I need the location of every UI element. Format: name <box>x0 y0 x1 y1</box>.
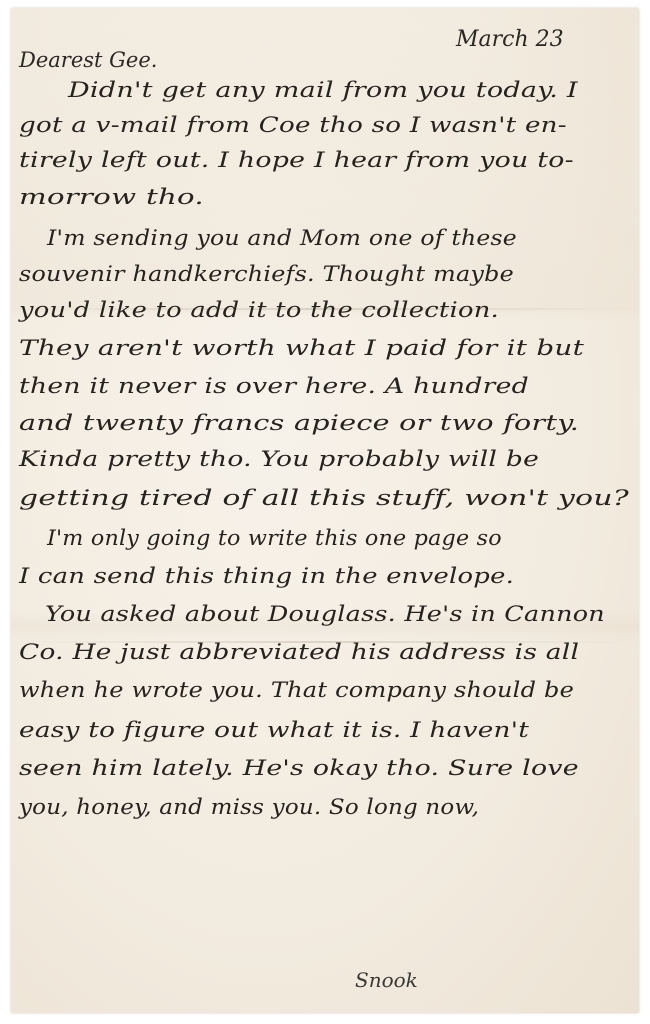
letter-line: you'd like to add it to the collection. <box>19 298 499 322</box>
letter-line: getting tired of all this stuff, won't y… <box>19 486 629 510</box>
letter-line: seen him lately. He's okay tho. Sure lov… <box>19 756 579 780</box>
letter-line: They aren't worth what I paid for it but <box>19 336 584 360</box>
letter-line: I'm only going to write this one page so <box>47 526 502 550</box>
letter-line: I'm sending you and Mom one of these <box>47 226 517 250</box>
letter-line: got a v-mail from Coe tho so I wasn't en… <box>19 113 567 137</box>
letter-line: Co. He just abbreviated his address is a… <box>19 640 579 664</box>
letter-line: and twenty francs apiece or two forty. <box>19 411 579 435</box>
letter-line: morrow tho. <box>19 185 204 209</box>
letter-line: you, honey, and miss you. So long now, <box>19 795 479 819</box>
letter-salutation: Dearest Gee. <box>19 48 157 72</box>
letter-line: You asked about Douglass. He's in Cannon <box>45 602 605 626</box>
letter-line: easy to figure out what it is. I haven't <box>19 718 529 742</box>
letter-line: then it never is over here. A hundred <box>19 374 529 398</box>
letter-line: tirely left out. I hope I hear from you … <box>19 148 574 172</box>
letter-line: Kinda pretty tho. You probably will be <box>19 447 539 471</box>
letter-line: when he wrote you. That company should b… <box>19 678 574 702</box>
letter-line: souvenir handkerchiefs. Thought maybe <box>19 262 514 286</box>
letter-date: March 23 <box>456 27 564 52</box>
letter-line: I can send this thing in the envelope. <box>19 564 514 588</box>
letter-signature: Snook <box>355 968 418 992</box>
letter-line: Didn't get any mail from you today. I <box>68 78 578 102</box>
